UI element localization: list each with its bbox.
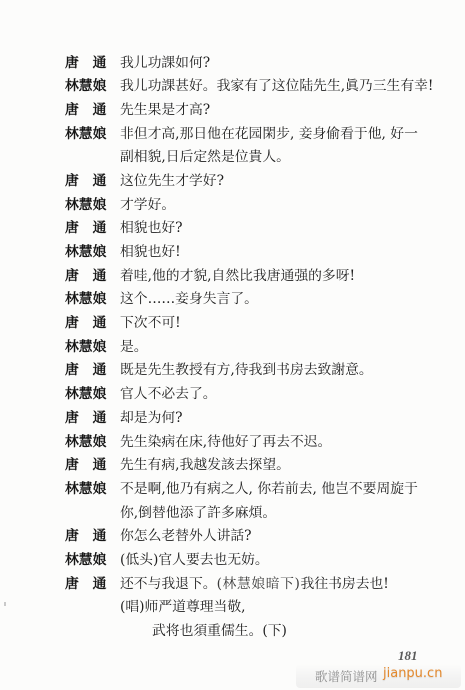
dialogue-line: 唐 通 相貌也好? <box>0 217 465 241</box>
dialogue-text: (低头)官人要去也无妨。 <box>120 549 269 573</box>
dialogue-text: 我儿功課甚好。我家有了这位陆先生,眞乃三生有幸! <box>120 75 433 99</box>
dialogue-line: 林慧娘 先生染病在床,待他好了再去不迟。 <box>0 431 465 455</box>
sung-line: (唱)师严道尊理当敬, <box>0 596 465 620</box>
dialogue-text: 还不与我退下。(林慧娘暗下)我往书房去也! <box>120 573 389 597</box>
dialogue-text: 先生果是才高? <box>120 99 210 123</box>
speaker-name: 林慧娘 <box>65 336 106 360</box>
speaker-name: 唐 通 <box>65 99 106 123</box>
dialogue-text: 是。 <box>120 336 148 360</box>
speaker-name: 林慧娘 <box>65 241 106 265</box>
dialogue-continuation-line: 副相貌,日后定然是位貴人。 <box>0 146 465 170</box>
dialogue-line: 林慧娘 不是啊,他乃有病之人, 你若前去, 他岂不要周旋于 <box>0 478 465 502</box>
dialogue-line: 唐 通 这位先生才学好? <box>0 170 465 194</box>
dialogue-line: 唐 通 你怎么老替外人讲話? <box>0 525 465 549</box>
dialogue-text: 官人不必去了。 <box>120 383 217 407</box>
dialogue-line: 林慧娘 相貌也好! <box>0 241 465 265</box>
speaker-name: 林慧娘 <box>65 478 106 502</box>
speaker-name: 唐 通 <box>65 359 106 383</box>
watermark: 歌谱简谱网 jianpu.cn <box>296 664 461 688</box>
dialogue-line: 唐 通 下次不可! <box>0 312 465 336</box>
dialogue-text: 不是啊,他乃有病之人, 你若前去, 他岂不要周旋于 <box>120 478 418 502</box>
dialogue-text: 却是为何? <box>120 407 183 431</box>
script-page: 唐 通 我儿功課如何? 林慧娘 我儿功課甚好。我家有了这位陆先生,眞乃三生有幸!… <box>0 0 465 690</box>
speaker-name: 唐 通 <box>65 312 106 336</box>
scan-artifact <box>4 602 6 606</box>
dialogue-text: 才学好。 <box>120 194 175 218</box>
dialogue-text: 非但才高,那日他在花园閑步, 妾身偷看于他, 好一 <box>120 123 418 147</box>
dialogue-text: 下次不可! <box>120 312 181 336</box>
dialogue-text: 相貌也好? <box>120 217 183 241</box>
dialogue-line: 林慧娘 (低头)官人要去也无妨。 <box>0 549 465 573</box>
page-number: 181 <box>398 648 418 664</box>
sung-text: (唱)师严道尊理当敬, <box>120 596 246 620</box>
speaker-name: 唐 通 <box>65 525 106 549</box>
dialogue-text: 我儿功課如何? <box>120 52 210 76</box>
speaker-name: 唐 通 <box>65 454 106 478</box>
dialogue-line: 林慧娘 是。 <box>0 336 465 360</box>
dialogue-line: 唐 通 还不与我退下。(林慧娘暗下)我往书房去也! <box>0 573 465 597</box>
speaker-name: 唐 通 <box>65 170 106 194</box>
speaker-name: 唐 通 <box>65 573 106 597</box>
speaker-name: 唐 通 <box>65 217 106 241</box>
speaker-name: 林慧娘 <box>65 75 106 99</box>
dialogue-text-after: 我往书房去也! <box>301 576 389 592</box>
speaker-name: 林慧娘 <box>65 549 106 573</box>
speaker-name: 唐 通 <box>65 265 106 289</box>
dialogue-text: 既是先生教授有方,待我到书房去致謝意。 <box>120 359 373 383</box>
script-dialogue: 唐 通 我儿功課如何? 林慧娘 我儿功課甚好。我家有了这位陆先生,眞乃三生有幸!… <box>0 52 465 644</box>
dialogue-text: 先生有病,我越发該去探望。 <box>120 454 290 478</box>
speaker-name: 唐 通 <box>65 407 106 431</box>
dialogue-line: 唐 通 却是为何? <box>0 407 465 431</box>
dialogue-line: 林慧娘 这个……妾身失言了。 <box>0 288 465 312</box>
dialogue-line: 唐 通 着哇,他的才貌,自然比我唐通强的多呀! <box>0 265 465 289</box>
speaker-name: 林慧娘 <box>65 288 106 312</box>
watermark-domain: jianpu.cn <box>383 666 442 681</box>
dialogue-line: 林慧娘 官人不必去了。 <box>0 383 465 407</box>
dialogue-text: 着哇,他的才貌,自然比我唐通强的多呀! <box>120 265 355 289</box>
speaker-name: 林慧娘 <box>65 123 106 147</box>
dialogue-text: 相貌也好! <box>120 241 181 265</box>
sung-text: 武将也須重儒生。(下) <box>152 620 287 644</box>
dialogue-text: 你,倒替他添了許多麻煩。 <box>120 502 276 526</box>
dialogue-text: 先生染病在床,待他好了再去不迟。 <box>120 431 331 455</box>
dialogue-text-before: 还不与我退下。 <box>120 576 217 592</box>
dialogue-line: 林慧娘 才学好。 <box>0 194 465 218</box>
dialogue-line: 唐 通 先生有病,我越发該去探望。 <box>0 454 465 478</box>
dialogue-line: 林慧娘 我儿功課甚好。我家有了这位陆先生,眞乃三生有幸! <box>0 75 465 99</box>
dialogue-text: 副相貌,日后定然是位貴人。 <box>120 146 290 170</box>
dialogue-line: 林慧娘 非但才高,那日他在花园閑步, 妾身偷看于他, 好一 <box>0 123 465 147</box>
speaker-name: 林慧娘 <box>65 194 106 218</box>
dialogue-continuation-line: 你,倒替他添了許多麻煩。 <box>0 502 465 526</box>
dialogue-line: 唐 通 既是先生教授有方,待我到书房去致謝意。 <box>0 359 465 383</box>
sung-line: 武将也須重儒生。(下) <box>0 620 465 644</box>
stage-direction: (林慧娘暗下) <box>217 576 301 592</box>
speaker-name: 唐 通 <box>65 52 106 76</box>
dialogue-text: 你怎么老替外人讲話? <box>120 525 252 549</box>
watermark-site-name: 歌谱简谱网 <box>315 667 378 685</box>
speaker-name: 林慧娘 <box>65 383 106 407</box>
speaker-name: 林慧娘 <box>65 431 106 455</box>
dialogue-line: 唐 通 先生果是才高? <box>0 99 465 123</box>
dialogue-text: 这个……妾身失言了。 <box>120 288 258 312</box>
dialogue-text: 这位先生才学好? <box>120 170 224 194</box>
dialogue-line: 唐 通 我儿功課如何? <box>0 52 465 76</box>
